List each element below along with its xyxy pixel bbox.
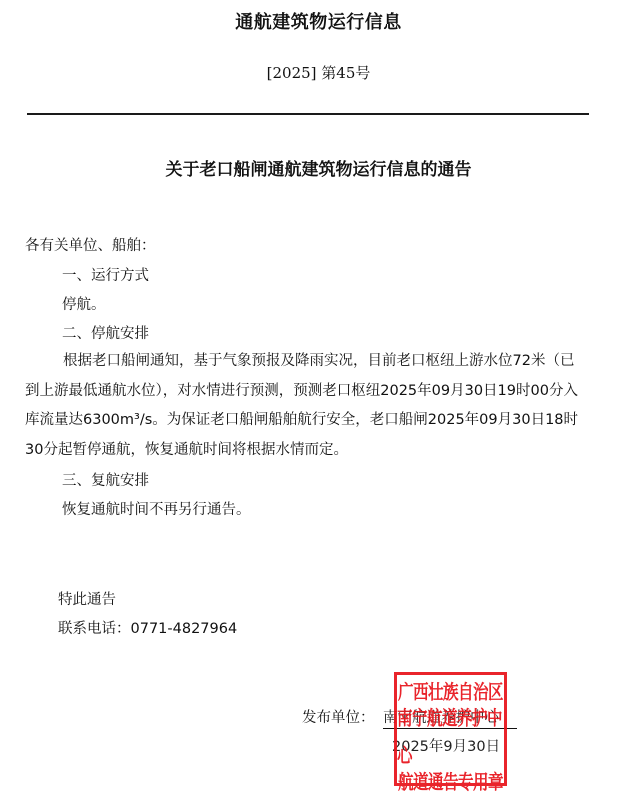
document-number: [2025] 第45号 <box>0 62 637 83</box>
notice-title: 关于老口船闸通航建筑物运行信息的通告 <box>0 155 637 180</box>
section-1-content: 停航。 <box>62 295 106 315</box>
section-2-heading: 二、停航安排 <box>62 324 149 344</box>
section-1-heading: 一、运行方式 <box>62 266 149 286</box>
stamp-line-3: 航道通告专用章 <box>398 763 503 801</box>
issuer-label: 发布单位： <box>302 706 375 727</box>
contact-phone: 0771-4827964 <box>131 621 238 637</box>
section-2-content: 根据老口船闸通知，基于气象预报及降雨实况，目前老口枢纽上游水位72米（已到上游最… <box>25 347 585 465</box>
closing-text: 特此通告 <box>58 590 116 610</box>
section-3-heading: 三、复航安排 <box>62 471 149 491</box>
section-3-content: 恢复通航时间不再另行通告。 <box>62 500 251 520</box>
header-title: 通航建筑物运行信息 <box>0 8 637 34</box>
contact-label: 联系电话： <box>58 621 131 637</box>
contact-line: 联系电话：0771-4827964 <box>58 619 237 639</box>
salutation: 各有关单位、船舶： <box>25 236 156 256</box>
official-seal-stamp: 广西壮族自治区 南宁航道养护中心 航道通告专用章 <box>394 672 507 786</box>
header-divider <box>27 113 589 115</box>
